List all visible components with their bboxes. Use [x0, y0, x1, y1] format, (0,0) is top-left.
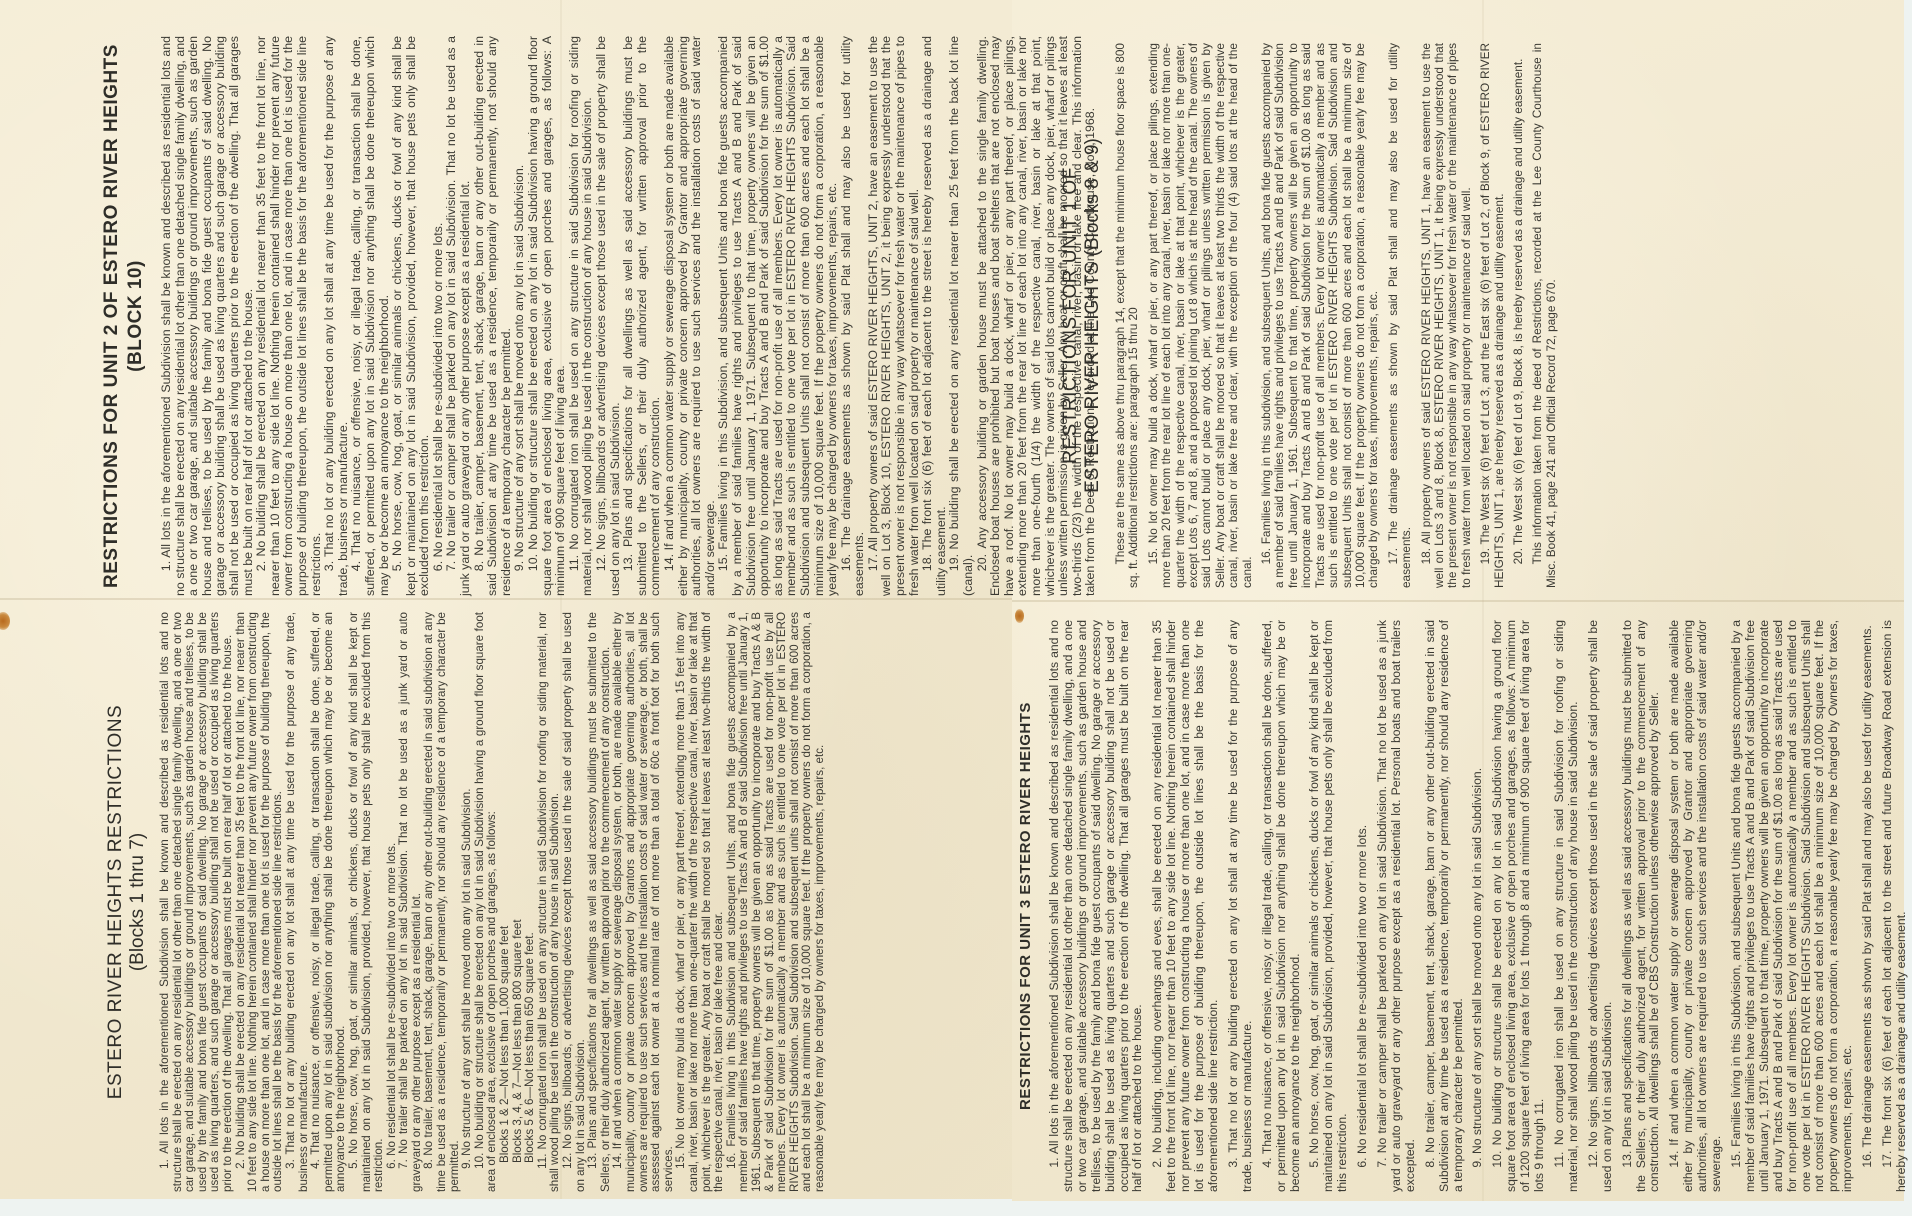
restriction-paragraph: This information taken from the deed of …: [1531, 43, 1558, 588]
fold-line: [0, 598, 1012, 600]
blocks-1-7-subheading: (Blocks 1 thru 7): [127, 612, 149, 1192]
restriction-paragraph: 16. The drainage easements as shown by s…: [840, 36, 867, 596]
fold-line: [1012, 600, 1904, 602]
restriction-paragraph: These are the same as above thru paragra…: [1114, 43, 1141, 588]
restriction-paragraph: 2. No building, including overhangs and …: [1151, 620, 1221, 1192]
restriction-paragraph: 14. If and when a common water supply or…: [612, 612, 675, 1192]
restriction-paragraph: 17. The drainage easements as shown by s…: [1387, 43, 1414, 588]
unit1-paragraphs: These are the same as above thru paragra…: [1114, 43, 1558, 588]
unit1-heading: RESTRICTIONS FOR UNIT 1 OF: [1060, 43, 1082, 588]
restriction-paragraph: 7. No trailer shall be parked on any lot…: [398, 612, 423, 1192]
restriction-paragraph: 18. The front six (6) feet of each lot a…: [921, 36, 948, 596]
restriction-paragraph: 10. No building or structure shall be er…: [527, 36, 568, 596]
restriction-paragraph: 16. Families living in this subdivision,…: [1260, 43, 1381, 588]
unit1-subheading: ESTERO RIVER HEIGHTS (Blocks 8 & 9): [1082, 43, 1104, 588]
unit2-restrictions-section: RESTRICTIONS FOR UNIT 2 OF ESTERO RIVER …: [100, 36, 1098, 596]
unit2-paragraphs: 1. All lots in the aforementioned Subdiv…: [160, 36, 1098, 596]
restriction-paragraph: 9. No structure of any sort shall be mov…: [1471, 620, 1485, 1192]
restriction-paragraph: 13. Plans and specifications for all dwe…: [1621, 620, 1663, 1192]
restriction-paragraph: 15. No lot owner may build a dock, wharf…: [1147, 43, 1254, 588]
unit2-heading: RESTRICTIONS FOR UNIT 2 OF ESTERO RIVER …: [100, 36, 148, 596]
restriction-paragraph: 2. No building shall be erected on any r…: [235, 612, 285, 1192]
area-requirement-line: Blocks 1 & 2—Not less than 1,000 square …: [499, 612, 512, 1163]
restriction-paragraph: 14. If and when a common water supply or…: [663, 36, 717, 596]
restriction-paragraph: 4. That no nuisance, or offensive, noisy…: [310, 612, 348, 1192]
restriction-paragraph: 15. No lot owner may build a dock, wharf…: [675, 612, 725, 1192]
restriction-paragraph: 12. No signs, billboards or advertising …: [595, 36, 622, 596]
restriction-paragraph: 1. All lots in the aforementioned Subdiv…: [160, 36, 255, 596]
blocks-1-7-paragraphs-b: 11. No corrugated iron shall be used on …: [537, 612, 827, 1192]
restriction-paragraph: 9. No structure of any sort shall be mov…: [461, 612, 474, 1192]
restriction-paragraph: 5. No horse, cow, hog, goat, or similar …: [348, 612, 386, 1192]
restriction-paragraph: 15. Families living in this Subdivision,…: [717, 36, 839, 596]
restriction-paragraph: 1. All lots in the aforementioned Subdiv…: [1048, 620, 1145, 1192]
restriction-paragraph: 3. That no lot or any building erected o…: [1227, 620, 1255, 1192]
restriction-paragraph: 19. No building shall be erected on any …: [948, 36, 975, 596]
restriction-paragraph: 10. No building or structure shall be er…: [474, 612, 499, 1192]
blocks-1-7-area-list: Blocks 1 & 2—Not less than 1,000 square …: [499, 612, 537, 1192]
restriction-paragraph: 8. No trailer, camper, basement, tent, s…: [1424, 620, 1466, 1192]
restriction-paragraph: 10. No building or structure shall be er…: [1491, 620, 1547, 1192]
unit3-heading: RESTRICTIONS FOR UNIT 3 ESTERO RIVER HEI…: [1016, 620, 1036, 1192]
restriction-paragraph: 7. No trailer or camper shall be parked …: [1376, 620, 1418, 1192]
unit3-restrictions-section: RESTRICTIONS FOR UNIT 3 ESTERO RIVER HEI…: [1016, 620, 1912, 1192]
unit3-paragraphs: 1. All lots in the aforementioned Subdiv…: [1048, 620, 1912, 1192]
restriction-paragraph: 3. That no lot or any building erected o…: [285, 612, 310, 1192]
restriction-paragraph: 12. No signs, billboards or advertising …: [1587, 620, 1615, 1192]
restriction-paragraph: 16. Families living in this Subdivision …: [726, 612, 827, 1192]
blocks-1-7-paragraphs-a: 1. All lots in the aforementioned Subdiv…: [159, 612, 499, 1192]
restriction-paragraph: 9. No structure of any sort shall be mov…: [513, 36, 527, 596]
restriction-paragraph: 13. Plans and specifications for all dwe…: [622, 36, 663, 596]
restriction-paragraph: 11. No corrugated iron shall be used on …: [1553, 620, 1581, 1192]
restriction-paragraph: 1. All lots in the aforementioned Subdiv…: [159, 612, 235, 1192]
restriction-paragraph: 14. If and when a common water supply or…: [1668, 620, 1724, 1192]
restriction-paragraph: 11. No corrugated iron shall be used on …: [537, 612, 562, 1192]
restriction-paragraph: 11. No corrugated iron shall be used on …: [568, 36, 595, 596]
restriction-paragraph: 17. All property owners of said ESTERO R…: [867, 36, 921, 596]
restriction-paragraph: 6. No residential lot shall be re-subdiv…: [432, 36, 446, 596]
unit1-restrictions-section: RESTRICTIONS FOR UNIT 1 OF ESTERO RIVER …: [1060, 43, 1558, 588]
restriction-paragraph: 12. No signs, billboards, or advertising…: [562, 612, 587, 1192]
restriction-paragraph: 4. That no nuisance, or offensive, noisy…: [1261, 620, 1303, 1192]
restriction-paragraph: 7. No trailer or camper shall be parked …: [445, 36, 472, 596]
restriction-paragraph: 8. No trailer, camper, basement, tent, s…: [473, 36, 514, 596]
blocks-1-7-heading: ESTERO RIVER HEIGHTS RESTRICTIONS: [105, 612, 127, 1192]
restriction-paragraph: 16. The drainage easements as shown by s…: [1861, 620, 1875, 1192]
restriction-paragraph: 15. Families living in this Subdivision,…: [1730, 620, 1855, 1192]
restriction-paragraph: 3. That no lot or any building erected o…: [323, 36, 350, 596]
restriction-paragraph: 13. Plans and specifications for all dwe…: [587, 612, 612, 1192]
restriction-paragraph: 4. That no nuisance, or offensive, noisy…: [350, 36, 391, 596]
blocks-1-7-restrictions-section: ESTERO RIVER HEIGHTS RESTRICTIONS (Block…: [105, 612, 826, 1192]
restriction-paragraph: 6. No residential lot shall be re-subdiv…: [1356, 620, 1370, 1192]
restriction-paragraph: 8. No trailer, basement, tent, shack, ga…: [423, 612, 461, 1192]
restriction-paragraph: 17. The front six (6) feet of each lot a…: [1881, 620, 1909, 1192]
restriction-paragraph: 5. No horse, cow, hog, goat, or similar …: [391, 36, 432, 596]
area-requirement-line: Blocks 5 & 6—Not less than 650 square fe…: [524, 612, 537, 1163]
restriction-paragraph: 19. The West six (6) feet of Lot 3, and …: [1479, 43, 1506, 588]
restriction-paragraph: 20. The West six (6) feet of Lot 9, Bloc…: [1512, 43, 1525, 588]
rust-stain: [0, 612, 10, 630]
restriction-paragraph: 5. No horse, cow, hog, goat, or similar …: [1308, 620, 1350, 1192]
restriction-paragraph: 2. No building shall be erected on any r…: [255, 36, 323, 596]
restriction-paragraph: 18. All property owners of said ESTERO R…: [1420, 43, 1474, 588]
